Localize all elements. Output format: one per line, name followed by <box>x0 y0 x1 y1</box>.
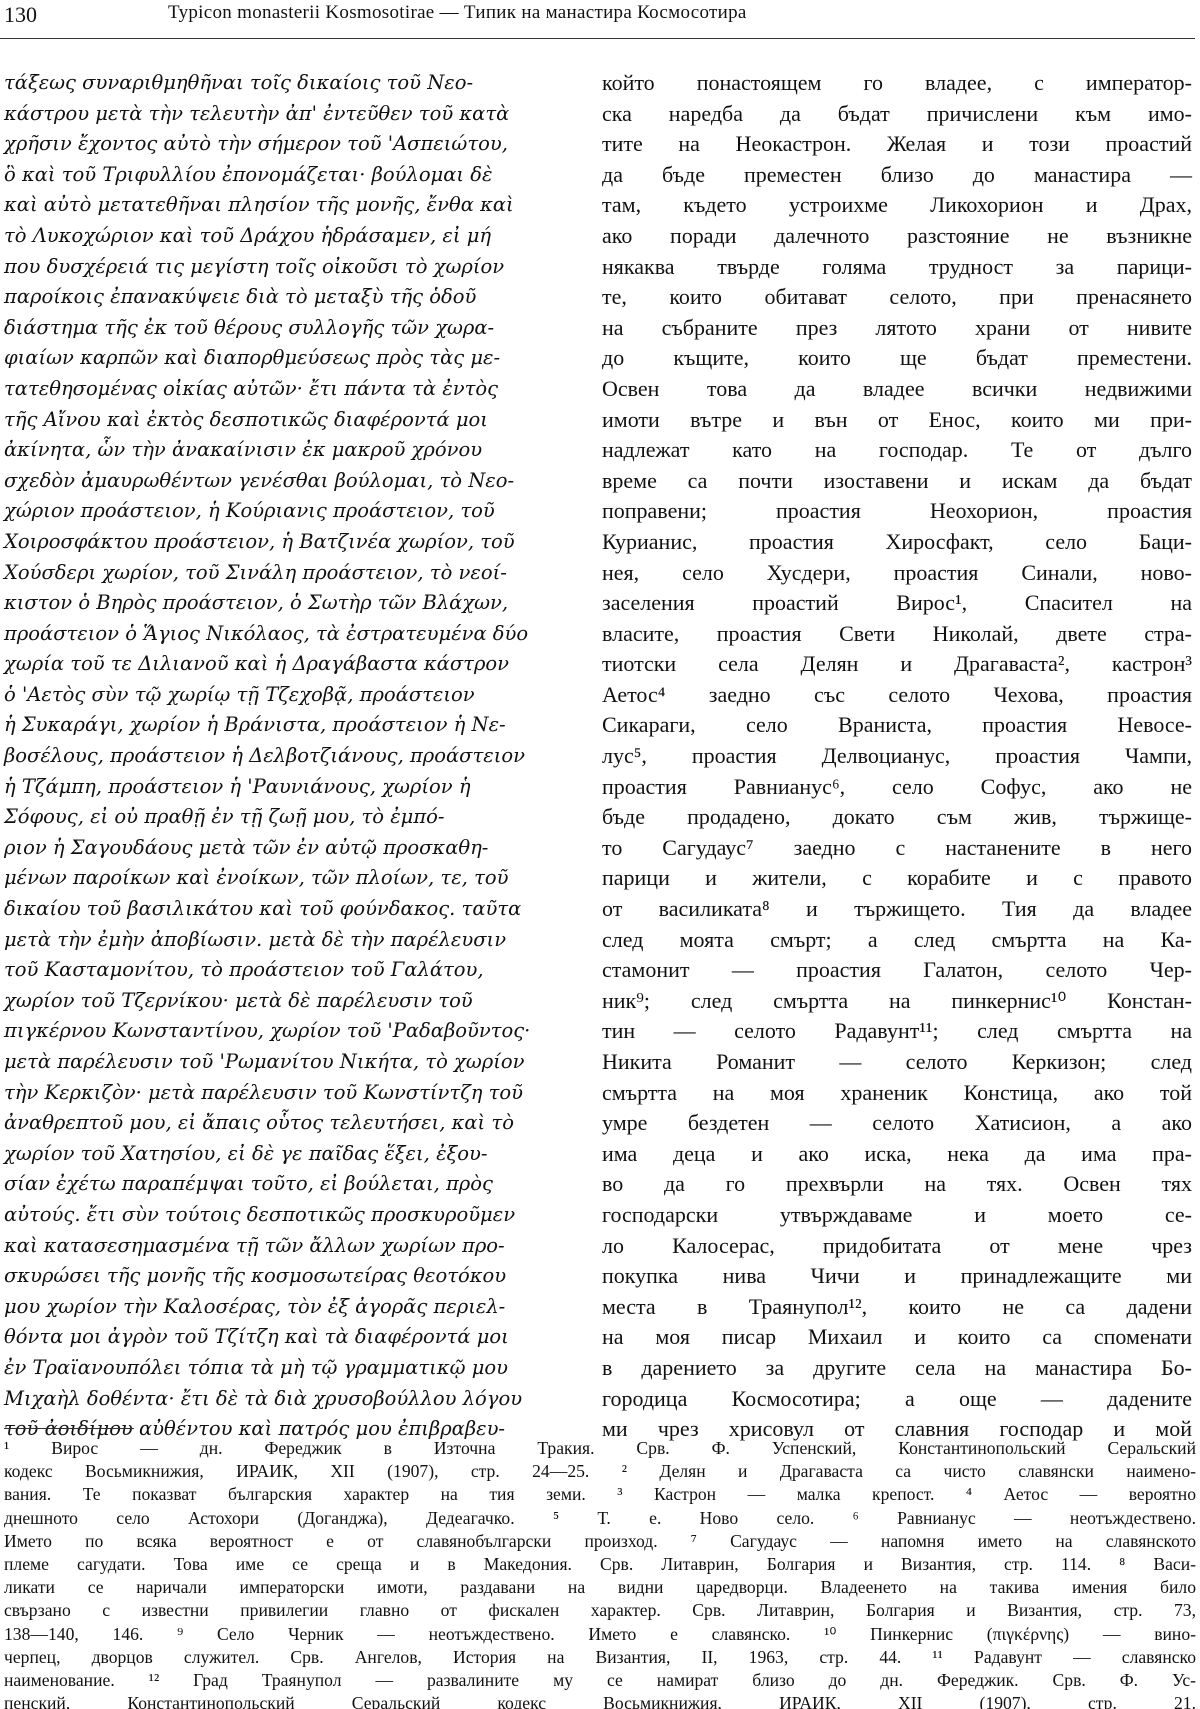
greek-text-line: χρῆσιν ἔχοντος αὐτὸ τὴν σήμερον τοῦ 'Ασπ… <box>4 129 566 160</box>
footnote-line: 138—140, 146. ⁹ Село Черник — неотъждест… <box>4 1623 1196 1646</box>
greek-text-line: ὃ καὶ τοῦ Τριφυλλίου ἐπονομάζεται· βούλο… <box>4 160 566 191</box>
bulgarian-text-line: стамонит — проастия Галатон, селото Чер- <box>602 955 1192 986</box>
greek-text-line: δικαίου τοῦ βασιλικάτου καὶ τοῦ φούνδακο… <box>4 894 566 925</box>
footnote-line: вания. Те показват българския характер н… <box>4 1483 1196 1506</box>
greek-text-line: ἡ Συκαράγι, χωρίον ἡ Βράνιστα, προάστειο… <box>4 710 566 741</box>
page-number: 130 <box>4 2 37 28</box>
greek-text-line: ριον ἡ Σαγουδάους μετὰ τῶν ἐν αὐτῷ προσκ… <box>4 833 566 864</box>
bulgarian-text-line: ска наредба да бъдат причислени към имо- <box>602 99 1192 130</box>
greek-text-line: σίαν ἐχέτω παραπέμψαι τοῦτο, εἰ βούλεται… <box>4 1169 566 1200</box>
greek-text-line: θόντα μοι ἀγρὸν τοῦ Τζίτζη καὶ τὰ διαφέρ… <box>4 1322 566 1353</box>
greek-text-line: μένων παροίκων καὶ ἐνοίκων, τῶν πλοίων, … <box>4 863 566 894</box>
bulgarian-text-line: имоти вътре и вън от Енос, които ми при- <box>602 405 1192 436</box>
greek-text-line: ἀναθρεπτοῦ μου, εἰ ἄπαις οὗτος τελευτήσε… <box>4 1108 566 1139</box>
bulgarian-translation-column: който понастоящем го владее, с император… <box>602 68 1192 1445</box>
greek-text-line: ἡ Τζάμπη, προάστειον ἡ 'Ραυνιάνους, χωρί… <box>4 772 566 803</box>
bulgarian-text-line: проастия Равнианус⁶, село Софус, ако не <box>602 772 1192 803</box>
greek-text-line: τατεθησομένας οἰκίας αὐτῶν· ἔτι πάντα τὰ… <box>4 374 566 405</box>
greek-text-line: χωρία τοῦ τε Διλιανοῦ καὶ ἡ Δραγάβαστα κ… <box>4 649 566 680</box>
bulgarian-text-line: покупка нива Чичи и принадлежащите ми <box>602 1261 1192 1292</box>
greek-text-line: πιγκέρνου Κωνσταντίνου, χωρίον τοῦ 'Ραδα… <box>4 1016 566 1047</box>
bulgarian-text-line: ло Калосерас, придобитата от мене чрез <box>602 1231 1192 1262</box>
bulgarian-text-line: Освен това да владее всички недвижими <box>602 374 1192 405</box>
greek-text-line: Σόφους, εἰ οὐ πραθῇ ἐν τῇ ζωῇ μου, τὸ ἐμ… <box>4 802 566 833</box>
bulgarian-text-line: места в Траянупол¹², които не са дадени <box>602 1292 1192 1323</box>
bulgarian-text-line: тин — селото Радавунт¹¹; след смъртта на <box>602 1016 1192 1047</box>
running-title: Typicon monasterii Kosmosotirae — Типик … <box>168 2 747 24</box>
bulgarian-text-line: ник⁹; след смъртта на пинкернис¹⁰ Конста… <box>602 986 1192 1017</box>
bulgarian-text-line: до къщите, които ще бъдат преместени. <box>602 343 1192 374</box>
bulgarian-text-line: Никита Романит — селото Керкизон; след <box>602 1047 1192 1078</box>
footnote-line: Името по всяка вероятност е от славянобъ… <box>4 1530 1196 1553</box>
greek-text-line: τὸ Λυκοχώριον καὶ τοῦ Δράχου ἡδράσαμεν, … <box>4 221 566 252</box>
bulgarian-text-line: те, които обитават селото, при пренасяне… <box>602 282 1192 313</box>
bulgarian-text-line: во да го прехвърли на тях. Освен тях <box>602 1169 1192 1200</box>
footnote-line: ликати се наричали императорски имоти, р… <box>4 1576 1196 1599</box>
bulgarian-text-line: на събраните през лятото храни от нивите <box>602 313 1192 344</box>
greek-text-line: που δυσχέρειά τις μεγίστη τοῖς οἰκοῦσι τ… <box>4 252 566 283</box>
bulgarian-text-line: който понастоящем го владее, с император… <box>602 68 1192 99</box>
book-page: 130 Typicon monasterii Kosmosotirae — Ти… <box>0 0 1200 1709</box>
bulgarian-text-line: ако поради далечното разстояние не възни… <box>602 221 1192 252</box>
footnote-line: днешното село Астохори (Доганджа), Дедеа… <box>4 1507 1196 1530</box>
bulgarian-text-line: там, където устроихме Ликохорион и Драх, <box>602 190 1192 221</box>
greek-text-line: φιαίων καρπῶν καὶ διαπορθμεύσεως πρὸς τὰ… <box>4 343 566 374</box>
bulgarian-text-line: да бъде преместен близо до манастира — <box>602 160 1192 191</box>
footnote-line: пенский, Константинопольский Серальский … <box>4 1692 1196 1709</box>
greek-text-column: τάξεως συναριθμηθῆναι τοῖς δικαίοις τοῦ … <box>4 68 566 1445</box>
greek-text-line: τάξεως συναριθμηθῆναι τοῖς δικαίοις τοῦ … <box>4 68 566 99</box>
bulgarian-text-line: тиотски села Делян и Драгаваста², кастро… <box>602 649 1192 680</box>
greek-text-line: βοσέλους, προάστειον ἡ Δελβοτζιάνους, πρ… <box>4 741 566 772</box>
bulgarian-text-line: заселения проастий Вирос¹, Спасител на <box>602 588 1192 619</box>
bulgarian-text-line: надлежат като на господар. Те от дълго <box>602 435 1192 466</box>
bulgarian-text-line: някаква твърде голяма трудност за парици… <box>602 252 1192 283</box>
greek-text-line: ἀκίνητα, ὧν τὴν ἀνακαίνισιν ἐκ μακροῦ χρ… <box>4 435 566 466</box>
bulgarian-text-line: тите на Неокастрон. Желая и този проасти… <box>602 129 1192 160</box>
greek-text-line: μετὰ τὴν ἐμὴν ἀποβίωσιν. μετὰ δὲ τὴν παρ… <box>4 925 566 956</box>
greek-text-line: χωρίον τοῦ Τζερνίκου· μετὰ δὲ παρέλευσιν… <box>4 986 566 1017</box>
greek-text-line: παροίκοις ἐπανακύψειε διὰ τὸ μεταξὺ τῆς … <box>4 282 566 313</box>
bulgarian-text-line: време са почти изоставени и искам да бъд… <box>602 466 1192 497</box>
bulgarian-text-line: след моята смърт; а след смъртта на Ка- <box>602 925 1192 956</box>
greek-text-line: ὁ 'Αετὸς σὺν τῷ χωρίῳ τῇ Τζεχοβᾷ, προάστ… <box>4 680 566 711</box>
greek-text-line: Χοιροσφάκτου προάστειον, ἡ Βατζινέα χωρί… <box>4 527 566 558</box>
greek-text-line: μετὰ παρέλευσιν τοῦ 'Ρωμανίτου Νικήτα, τ… <box>4 1047 566 1078</box>
greek-text-line: χωρίον τοῦ Χατησίου, εἰ δὲ γε παῖδας ἕξε… <box>4 1139 566 1170</box>
bulgarian-text-line: Сикараги, село Враниста, проастия Невосе… <box>602 710 1192 741</box>
footnote-line: свързано с известни привилегии главно от… <box>4 1599 1196 1622</box>
bulgarian-text-line: бъде продадено, докато съм жив, тържище- <box>602 802 1192 833</box>
greek-text-line: μου χωρίον τὴν Καλοσέρας, τὸν ἐξ ἀγορᾶς … <box>4 1292 566 1323</box>
footnote-line: кодекс Восьмикнижия, ИРАИК, XII (1907), … <box>4 1460 1196 1483</box>
bulgarian-text-line: умре бездетен — селото Хатисион, а ако <box>602 1108 1192 1139</box>
greek-text-line: αὐτούς. ἔτι σὺν τούτοις δεσποτικῶς προσκ… <box>4 1200 566 1231</box>
greek-text-line: χώριον προάστειον, ἡ Κούριανις προάστειο… <box>4 496 566 527</box>
bulgarian-text-line: городица Космосотира; а още — дадените <box>602 1384 1192 1415</box>
greek-text-line: τῆς Αἴνου καὶ ἐκτὸς δεσποτικῶς διαφέροντ… <box>4 405 566 436</box>
header-rule <box>0 38 1195 39</box>
bulgarian-text-line: поправени; проастия Неохорион, проастия <box>602 496 1192 527</box>
footnote-line: ¹ Вирос — дн. Фереджик в Източна Тракия.… <box>4 1437 1196 1460</box>
bulgarian-text-line: на моя писар Михаил и които са споменати <box>602 1322 1192 1353</box>
running-header: 130 Typicon monasterii Kosmosotirae — Ти… <box>0 0 1200 40</box>
greek-text-line: τὴν Κερκιζὸν· μετὰ παρέλευσιν τοῦ Κωνστί… <box>4 1078 566 1109</box>
bulgarian-text-line: има деца и ако иска, нека да има пра- <box>602 1139 1192 1170</box>
greek-text-line: ἐν Τραϊανουπόλει τόπια τὰ μὴ τῷ γραμματι… <box>4 1353 566 1384</box>
bulgarian-text-line: Аетос⁴ заедно със селото Чехова, проасти… <box>602 680 1192 711</box>
greek-text-line: Μιχαὴλ δοθέντα· ἔτι δὲ τὰ διὰ χρυσοβούλλ… <box>4 1384 566 1415</box>
greek-text-line: προάστειον ὁ Ἅγιος Νικόλαος, τὰ ἐστρατευ… <box>4 619 566 650</box>
greek-text-line: καὶ αὐτὸ μετατεθῆναι πλησίον τῆς μονῆς, … <box>4 190 566 221</box>
greek-text-line: διάστημα τῆς ἐκ τοῦ θέρους συλλογῆς τῶν … <box>4 313 566 344</box>
greek-text-line: σκυρώσει τῆς μονῆς τῆς κοσμοσωτείρας θεο… <box>4 1261 566 1292</box>
bulgarian-text-line: Курианис, проастия Хиросфакт, село Баци- <box>602 527 1192 558</box>
greek-text-line: σχεδὸν ἀμαυρωθέντων γενέσθαι βούλομαι, τ… <box>4 466 566 497</box>
footnote-line: черпец, дворцов служител. Срв. Ангелов, … <box>4 1646 1196 1669</box>
bulgarian-text-line: смъртта на моя храненик Констица, ако то… <box>602 1078 1192 1109</box>
bulgarian-text-line: власите, проастия Свети Николай, двете с… <box>602 619 1192 650</box>
greek-text-line: κιστον ὁ Βηρὸς προάστειον, ὁ Σωτὴρ τῶν Β… <box>4 588 566 619</box>
greek-text-line: Χούσδερι χωρίον, τοῦ Σινάλη προάστειον, … <box>4 558 566 589</box>
bulgarian-text-line: парици и жители, с корабите и с правото <box>602 863 1192 894</box>
footnote-line: племе сагудати. Това име се среща и в Ма… <box>4 1553 1196 1576</box>
greek-text-line: τοῦ Κασταμονίτου, τὸ προάστειον τοῦ Γαλά… <box>4 955 566 986</box>
bulgarian-text-line: в дарението за другите села на манастира… <box>602 1353 1192 1384</box>
bulgarian-text-line: то Сагудаус⁷ заедно с настанените в него <box>602 833 1192 864</box>
footnotes: ¹ Вирос — дн. Фереджик в Източна Тракия.… <box>4 1437 1196 1709</box>
footnote-line: наименование. ¹² Град Траянупол — развал… <box>4 1669 1196 1692</box>
bulgarian-text-line: нея, село Хусдери, проастия Синали, ново… <box>602 558 1192 589</box>
bulgarian-text-line: господарски утвърждаваме и моето се- <box>602 1200 1192 1231</box>
bulgarian-text-line: от василиката⁸ и тържището. Тия да владе… <box>602 894 1192 925</box>
greek-text-line: κάστρου μετὰ τὴν τελευτὴν ἀπ' ἐντεῦθεν τ… <box>4 99 566 130</box>
footnote-rule <box>4 1428 134 1429</box>
bulgarian-text-line: лус⁵, проастия Делвоцианус, проастия Чам… <box>602 741 1192 772</box>
greek-text-line: καὶ κατασεσημασμένα τῇ τῶν ἄλλων χωρίων … <box>4 1231 566 1262</box>
